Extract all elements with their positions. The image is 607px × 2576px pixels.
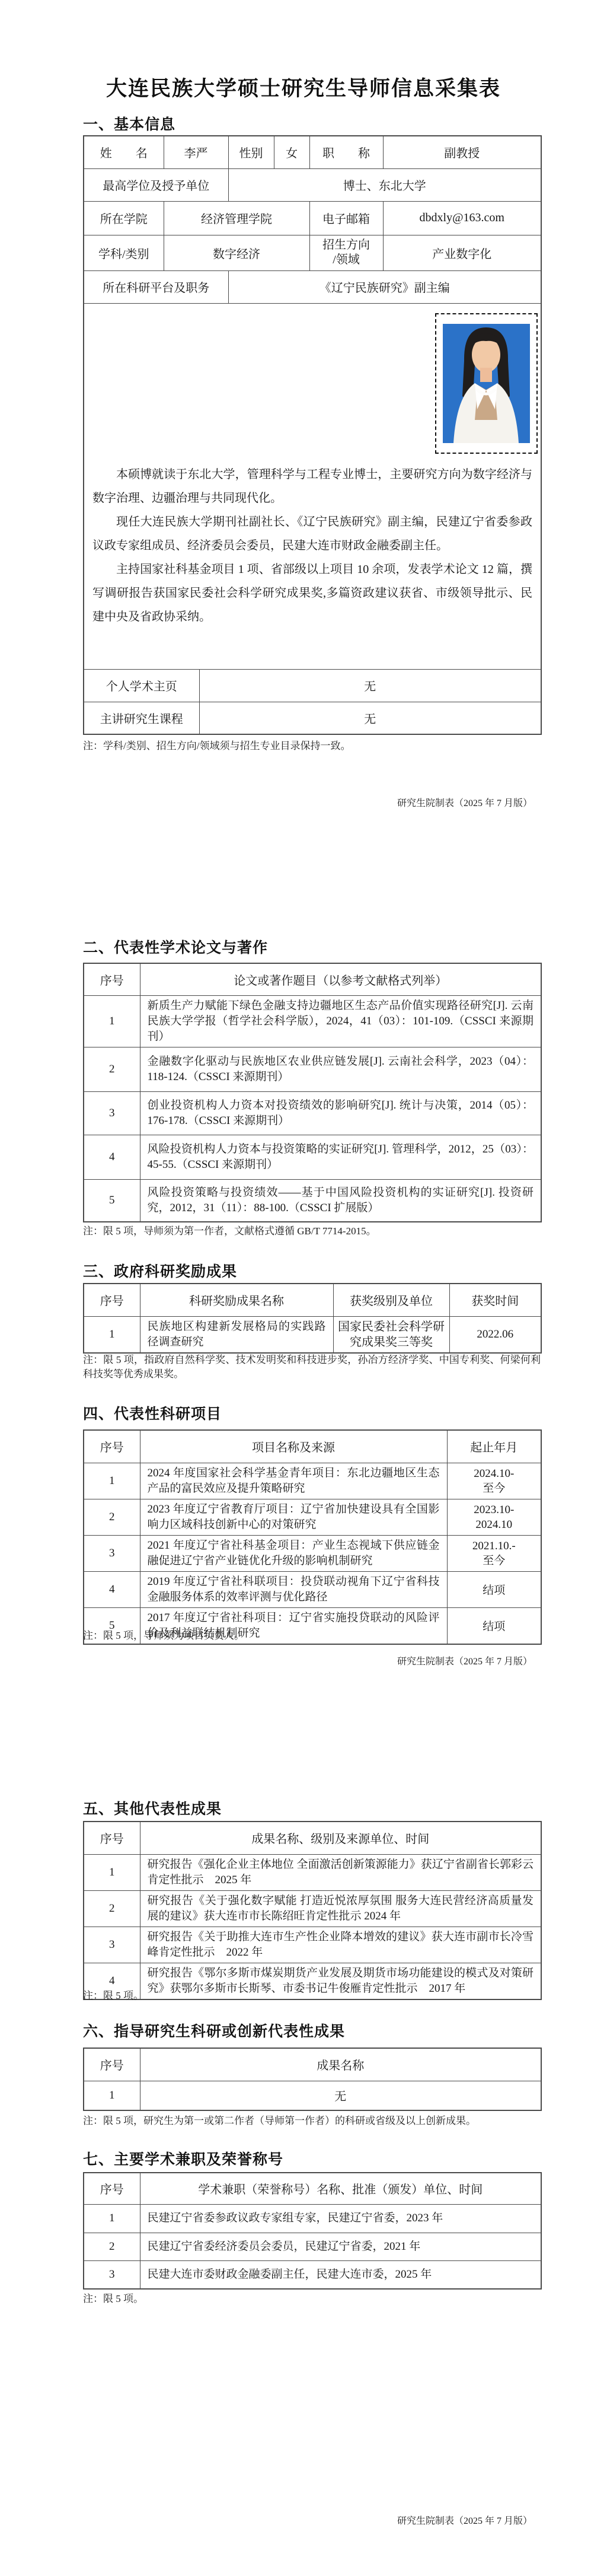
discipline-label: 学科/类别	[84, 235, 164, 270]
table-row: 1 新质生产力赋能下绿色金融支持边疆地区生态产品价值实现路径研究[J]. 云南民…	[84, 995, 541, 1047]
section-7-note: 注：限 5 项。	[83, 2292, 541, 2306]
bio-cell: 本硕博就读于东北大学，管理科学与工程专业博士，主要研究方向为数字经济与数字治理、…	[84, 303, 541, 669]
other-1-no: 1	[84, 1854, 140, 1890]
basic-info-table: 姓 名 李严 性别 女 职 称 副教授 最高学位及授予单位 博士、东北大学 所在…	[83, 135, 542, 735]
table-row: 姓 名 李严 性别 女 职 称 副教授	[84, 136, 541, 168]
table-row: 1 民建辽宁省委参政议政专家组专家，民建辽宁省委，2023 年	[84, 2204, 541, 2233]
section-3-note: 注：限 5 项，指政府自然科学奖、技术发明奖和科技进步奖，孙冶方经济学奖、中国专…	[83, 1353, 541, 1381]
degree-value: 博士、东北大学	[228, 168, 541, 201]
section-7-heading: 七、主要学术兼职及荣誉称号	[83, 2148, 541, 2169]
bio-paragraph-3: 主持国家社科基金项目 1 项、省部级以上项目 10 余项，发表学术论文 12 篇…	[92, 558, 532, 629]
table-row: 5 风险投资策略与投资绩效——基于中国风险投资机构的实证研究[J]. 投资研究，…	[84, 1179, 541, 1222]
titles-table: 序号 学术兼职（荣誉称号）名称、批准（颁发）单位、时间 1 民建辽宁省委参政议政…	[83, 2172, 542, 2290]
section-4-heading: 四、代表性科研项目	[83, 1402, 541, 1424]
project-1-name: 2024 年度国家社会科学基金青年项目：东北边疆地区生态产品的富民效应及提升策略…	[140, 1463, 447, 1499]
section-4-note: 注：限 5 项，导师须为项目负责人。	[83, 1629, 541, 1643]
section-6-note: 注：限 5 项，研究生为第一或第二作者（导师第一作者）的科研或省级及以上创新成果…	[83, 2114, 541, 2128]
award-1-name: 民族地区构建新发展格局的实践路径调查研究	[140, 1316, 333, 1353]
table-row: 3 研究报告《关于助推大连市生产性企业降本增效的建议》获大连市副市长冷雪峰肯定性…	[84, 1927, 541, 1963]
courses-value: 无	[199, 702, 541, 734]
project-2-no: 2	[84, 1499, 140, 1535]
table-row: 1 无	[84, 2081, 541, 2110]
table-header-row: 序号 学术兼职（荣誉称号）名称、批准（颁发）单位、时间	[84, 2173, 541, 2204]
project-3-period: 2021.10.- 至今	[447, 1535, 541, 1571]
paper-5-text: 风险投资策略与投资绩效——基于中国风险投资机构的实证研究[J]. 投资研究，20…	[140, 1179, 541, 1222]
table-row: 2 金融数字化驱动与民族地区农业供应链发展[J]. 云南社会科学，2023（04…	[84, 1047, 541, 1091]
titles-col-name: 学术兼职（荣誉称号）名称、批准（颁发）单位、时间	[140, 2173, 541, 2204]
papers-col-no: 序号	[84, 963, 140, 995]
project-4-no: 4	[84, 1571, 140, 1607]
table-row: 个人学术主页 无	[84, 669, 541, 702]
page-3-footer: 研究生院制表（2025 年 7 月版）	[83, 2513, 541, 2527]
papers-table: 序号 论文或著作题目（以参考文献格式列举） 1 新质生产力赋能下绿色金融支持边疆…	[83, 963, 542, 1222]
photo-frame	[435, 313, 538, 454]
doc-title: 大连民族大学硕士研究生导师信息采集表	[0, 72, 607, 102]
page-1-footer: 研究生院制表（2025 年 7 月版）	[83, 795, 541, 809]
gender-label: 性别	[228, 136, 274, 168]
section-1-heading: 一、基本信息	[83, 113, 541, 134]
projects-col-period: 起止年月	[447, 1430, 541, 1463]
paper-2-text: 金融数字化驱动与民族地区农业供应链发展[J]. 云南社会科学，2023（04）：…	[140, 1047, 541, 1091]
title-3-text: 民建大连市委财政金融委副主任，民建大连市委，2025 年	[140, 2260, 541, 2289]
student-col-no: 序号	[84, 2048, 140, 2081]
table-row: 学科/类别 数字经济 招生方向 /领域 产业数字化	[84, 235, 541, 270]
table-row: 所在科研平台及职务 《辽宁民族研究》副主编	[84, 270, 541, 303]
awards-col-name: 科研奖励成果名称	[140, 1284, 333, 1316]
gender-value: 女	[274, 136, 309, 168]
projects-table: 序号 项目名称及来源 起止年月 1 2024 年度国家社会科学基金青年项目：东北…	[83, 1429, 542, 1645]
section-5-heading: 五、其他代表性成果	[83, 1797, 541, 1819]
table-row: 1 研究报告《强化企业主体地位 全面激活创新策源能力》获辽宁省副省长郭彩云肯定性…	[84, 1854, 541, 1890]
student-1-no: 1	[84, 2081, 140, 2110]
table-row: 1 2024 年度国家社会科学基金青年项目：东北边疆地区生态产品的富民效应及提升…	[84, 1463, 541, 1499]
others-col-no: 序号	[84, 1822, 140, 1854]
award-1-time: 2022.06	[449, 1316, 541, 1353]
title-2-text: 民建辽宁省委经济委员会委员，民建辽宁省委，2021 年	[140, 2233, 541, 2260]
student-outcomes-table: 序号 成果名称 1 无	[83, 2048, 542, 2111]
title-1-text: 民建辽宁省委参政议政专家组专家，民建辽宁省委，2023 年	[140, 2204, 541, 2233]
table-row: 3 创业投资机构人力资本对投资绩效的影响研究[J]. 统计与决策，2014（05…	[84, 1091, 541, 1135]
table-row: 2 研究报告《关于强化数字赋能 打造近悦浓厚氛围 服务大连民营经济高质量发展的建…	[84, 1890, 541, 1927]
degree-label: 最高学位及授予单位	[84, 168, 228, 201]
student-1-name: 无	[140, 2081, 541, 2110]
project-4-name: 2019 年度辽宁省社科联项目：投贷联动视角下辽宁省科技金融服务体系的效率评测与…	[140, 1571, 447, 1607]
direction-label: 招生方向 /领域	[309, 235, 383, 270]
other-2-text: 研究报告《关于强化数字赋能 打造近悦浓厚氛围 服务大连民营经济高质量发展的建议》…	[140, 1890, 541, 1927]
paper-1-no: 1	[84, 995, 140, 1047]
table-row: 2 2023 年度辽宁省教育厅项目：辽宁省加快建设具有全国影响力区域科技创新中心…	[84, 1499, 541, 1535]
projects-col-no: 序号	[84, 1430, 140, 1463]
bio-paragraph-1: 本硕博就读于东北大学，管理科学与工程专业博士，主要研究方向为数字经济与数字治理、…	[92, 463, 532, 510]
project-2-name: 2023 年度辽宁省教育厅项目：辽宁省加快建设具有全国影响力区域科技创新中心的对…	[140, 1499, 447, 1535]
other-1-text: 研究报告《强化企业主体地位 全面激活创新策源能力》获辽宁省副省长郭彩云肯定性批示…	[140, 1854, 541, 1890]
title-label: 职 称	[309, 136, 383, 168]
college-value: 经济管理学院	[164, 201, 309, 235]
table-row: 本硕博就读于东北大学，管理科学与工程专业博士，主要研究方向为数字经济与数字治理、…	[84, 303, 541, 669]
email-label: 电子邮箱	[309, 201, 383, 235]
table-header-row: 序号 项目名称及来源 起止年月	[84, 1430, 541, 1463]
awards-col-no: 序号	[84, 1284, 140, 1316]
awards-col-time: 获奖时间	[449, 1284, 541, 1316]
title-2-no: 2	[84, 2233, 140, 2260]
project-4-period: 结项	[447, 1571, 541, 1607]
email-value: dbdxly@163.com	[383, 201, 541, 235]
platform-label: 所在科研平台及职务	[84, 270, 228, 303]
document-page: 大连民族大学硕士研究生导师信息采集表 一、基本信息 姓 名 李严 性别 女 职 …	[0, 0, 607, 2576]
platform-value: 《辽宁民族研究》副主编	[228, 270, 541, 303]
section-3-heading: 三、政府科研奖励成果	[83, 1260, 541, 1281]
bio-paragraph-2: 现任大连民族大学期刊社副社长、《辽宁民族研究》副主编，民建辽宁省委参政议政专家组…	[92, 510, 532, 558]
name-label: 姓 名	[84, 136, 164, 168]
project-1-period: 2024.10- 至今	[447, 1463, 541, 1499]
homepage-value: 无	[199, 669, 541, 702]
portrait-photo	[443, 324, 530, 443]
table-row: 4 2019 年度辽宁省社科联项目：投贷联动视角下辽宁省科技金融服务体系的效率评…	[84, 1571, 541, 1607]
table-row: 4 风险投资机构人力资本与投资策略的实证研究[J]. 管理科学，2012，25（…	[84, 1135, 541, 1179]
section-5-note: 注：限 5 项。	[83, 1989, 541, 2003]
project-2-period: 2023.10- 2024.10	[447, 1499, 541, 1535]
project-1-no: 1	[84, 1463, 140, 1499]
courses-label: 主讲研究生课程	[84, 702, 199, 734]
table-row: 最高学位及授予单位 博士、东北大学	[84, 168, 541, 201]
paper-2-no: 2	[84, 1047, 140, 1091]
table-row: 1 民族地区构建新发展格局的实践路径调查研究 国家民委社会科学研究成果奖三等奖 …	[84, 1316, 541, 1353]
student-col-name: 成果名称	[140, 2048, 541, 2081]
table-row: 3 2021 年度辽宁省社科基金项目：产业生态视域下供应链金融促进辽宁省产业链优…	[84, 1535, 541, 1571]
table-header-row: 序号 成果名称、级别及来源单位、时间	[84, 1822, 541, 1854]
papers-col-title: 论文或著作题目（以参考文献格式列举）	[140, 963, 541, 995]
table-header-row: 序号 成果名称	[84, 2048, 541, 2081]
bio-text: 本硕博就读于东北大学，管理科学与工程专业博士，主要研究方向为数字经济与数字治理、…	[92, 463, 532, 629]
paper-5-no: 5	[84, 1179, 140, 1222]
table-row: 3 民建大连市委财政金融委副主任，民建大连市委，2025 年	[84, 2260, 541, 2289]
paper-4-no: 4	[84, 1135, 140, 1179]
paper-4-text: 风险投资机构人力资本与投资策略的实证研究[J]. 管理科学，2012，25（03…	[140, 1135, 541, 1179]
college-label: 所在学院	[84, 201, 164, 235]
section-1-note: 注：学科/类别、招生方向/领域须与招生专业目录保持一致。	[83, 739, 541, 753]
section-2-note: 注：限 5 项，导师须为第一作者，文献格式遵循 GB/T 7714-2015。	[83, 1224, 541, 1238]
title-3-no: 3	[84, 2260, 140, 2289]
direction-value: 产业数字化	[383, 235, 541, 270]
title-value: 副教授	[383, 136, 541, 168]
others-col-name: 成果名称、级别及来源单位、时间	[140, 1822, 541, 1854]
page-2-footer: 研究生院制表（2025 年 7 月版）	[83, 1654, 541, 1667]
table-row: 主讲研究生课程 无	[84, 702, 541, 734]
other-2-no: 2	[84, 1890, 140, 1927]
project-3-no: 3	[84, 1535, 140, 1571]
title-1-no: 1	[84, 2204, 140, 2233]
paper-3-no: 3	[84, 1091, 140, 1135]
projects-col-name: 项目名称及来源	[140, 1430, 447, 1463]
section-2-heading: 二、代表性学术论文与著作	[83, 936, 541, 957]
project-3-name: 2021 年度辽宁省社科基金项目：产业生态视域下供应链金融促进辽宁省产业链优化升…	[140, 1535, 447, 1571]
awards-col-level: 获奖级别及单位	[333, 1284, 449, 1316]
other-3-no: 3	[84, 1927, 140, 1963]
others-table: 序号 成果名称、级别及来源单位、时间 1 研究报告《强化企业主体地位 全面激活创…	[83, 1821, 542, 2000]
table-header-row: 序号 论文或著作题目（以参考文献格式列举）	[84, 963, 541, 995]
awards-table: 序号 科研奖励成果名称 获奖级别及单位 获奖时间 1 民族地区构建新发展格局的实…	[83, 1283, 542, 1354]
paper-3-text: 创业投资机构人力资本对投资绩效的影响研究[J]. 统计与决策，2014（05）：…	[140, 1091, 541, 1135]
table-row: 2 民建辽宁省委经济委员会委员，民建辽宁省委，2021 年	[84, 2233, 541, 2260]
discipline-value: 数字经济	[164, 235, 309, 270]
homepage-label: 个人学术主页	[84, 669, 199, 702]
award-1-level: 国家民委社会科学研究成果奖三等奖	[333, 1316, 449, 1353]
titles-col-no: 序号	[84, 2173, 140, 2204]
table-row: 所在学院 经济管理学院 电子邮箱 dbdxly@163.com	[84, 201, 541, 235]
award-1-no: 1	[84, 1316, 140, 1353]
table-header-row: 序号 科研奖励成果名称 获奖级别及单位 获奖时间	[84, 1284, 541, 1316]
paper-1-text: 新质生产力赋能下绿色金融支持边疆地区生态产品价值实现路径研究[J]. 云南民族大…	[140, 995, 541, 1047]
name-value: 李严	[164, 136, 228, 168]
section-6-heading: 六、指导研究生科研或创新代表性成果	[83, 2020, 541, 2041]
other-3-text: 研究报告《关于助推大连市生产性企业降本增效的建议》获大连市副市长冷雪峰肯定性批示…	[140, 1927, 541, 1963]
